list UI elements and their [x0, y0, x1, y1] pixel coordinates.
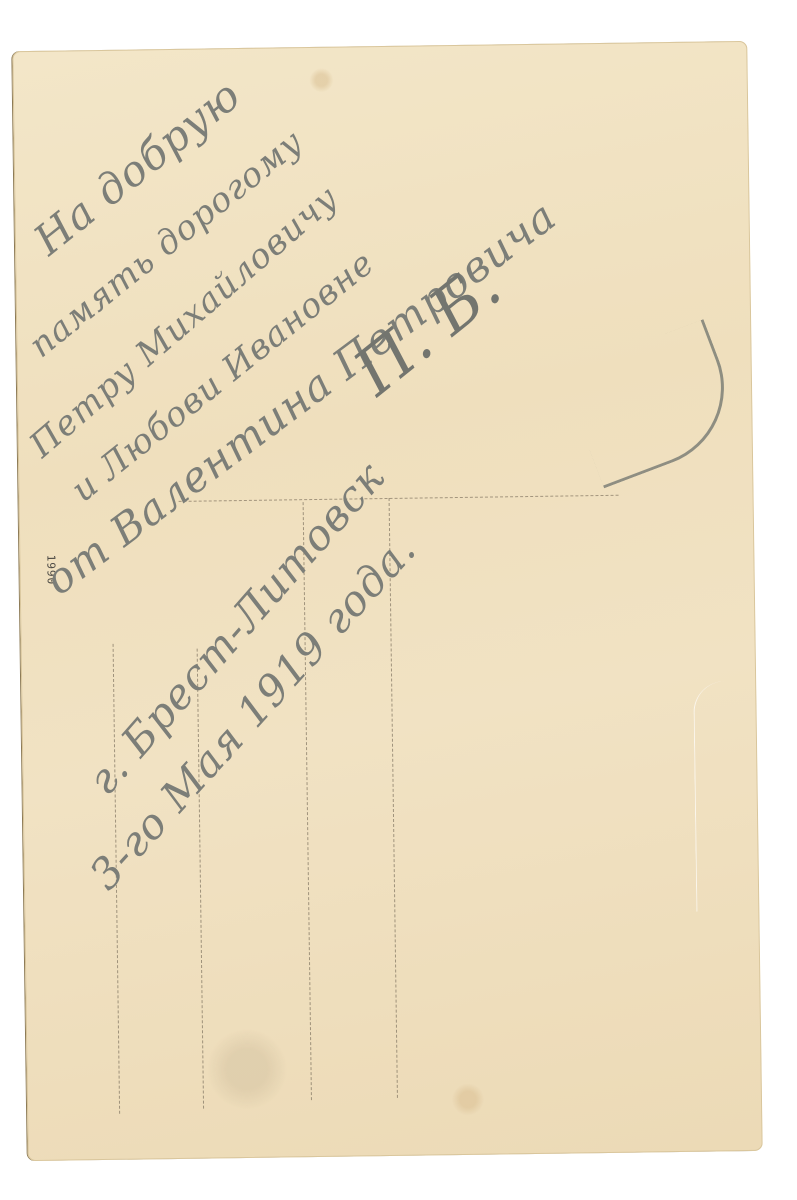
- address-divider-vertical-3: [303, 502, 312, 1100]
- address-divider-horizontal: [179, 495, 619, 502]
- address-divider-vertical-2: [197, 649, 204, 1109]
- postcard: 1990 На добрую память дорогому Петру Мих…: [12, 41, 762, 1161]
- signature-flourish: [560, 319, 747, 488]
- card-crease: [693, 681, 727, 911]
- handwriting-line-1: На добрую: [25, 70, 250, 265]
